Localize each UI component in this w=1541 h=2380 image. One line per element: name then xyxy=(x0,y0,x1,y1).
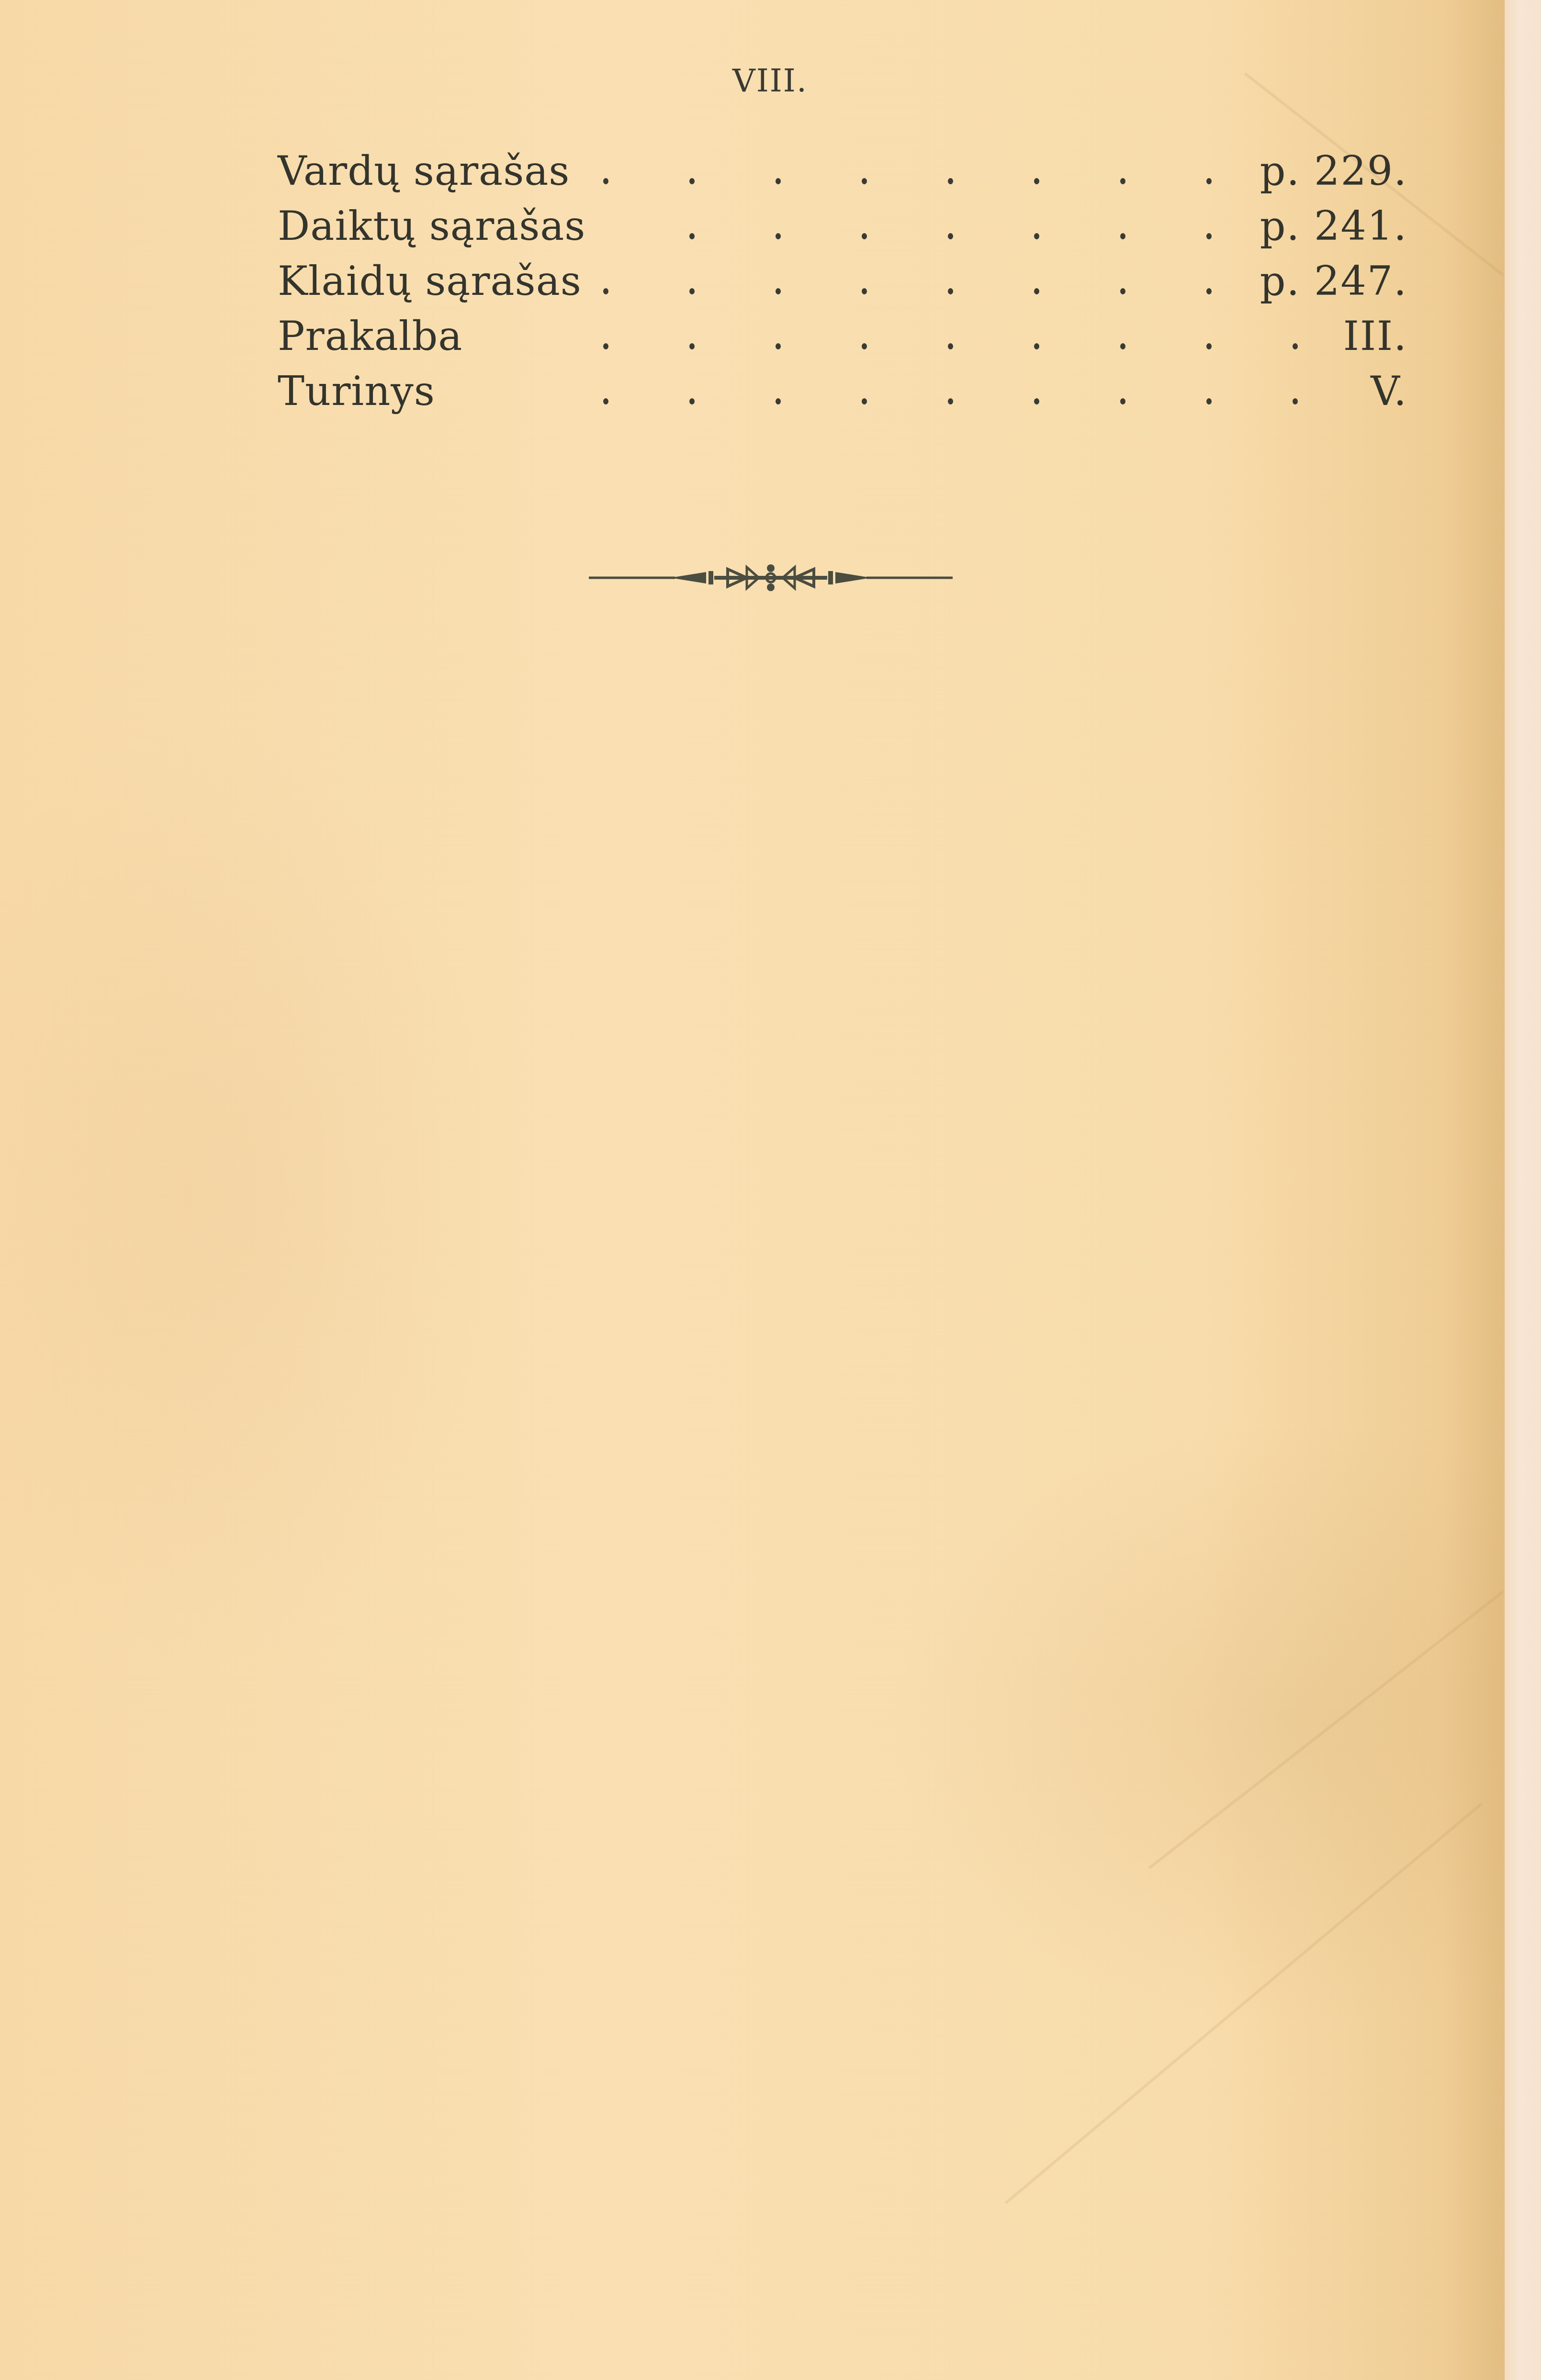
leader-dot xyxy=(776,343,781,349)
leader-dot xyxy=(1120,343,1125,349)
leader-dot xyxy=(1034,343,1039,349)
leader-dot xyxy=(1206,288,1212,294)
toc-entry-page: p. 247. xyxy=(1260,254,1407,309)
toc-entry: Klaidų sąrašas p. 247. xyxy=(278,254,1407,309)
leader-dot xyxy=(1120,233,1125,239)
decorative-fleuron-rule-icon xyxy=(589,562,953,591)
leader-dot xyxy=(1120,288,1125,294)
page-edge xyxy=(1503,0,1541,2380)
leader-dot xyxy=(1120,178,1125,184)
leader-dot xyxy=(948,233,953,239)
toc-entry: Vardų sąrašas p. 229. xyxy=(278,144,1407,199)
toc-entry-page: p. 229. xyxy=(1260,144,1407,199)
leader-dot xyxy=(1206,178,1212,184)
dot-leader xyxy=(589,144,1241,199)
leader-dot xyxy=(776,178,781,184)
leader-dot xyxy=(776,398,781,404)
leader-dot xyxy=(1034,288,1039,294)
leader-dot xyxy=(862,343,867,349)
leader-dot xyxy=(862,233,867,239)
table-of-contents: Vardų sąrašas p. 229. Daiktų sąrašas p. … xyxy=(278,144,1407,419)
leader-dot xyxy=(689,343,695,349)
toc-entry-title: Vardų sąrašas xyxy=(278,144,570,199)
paper-crease xyxy=(1148,1543,1541,1869)
dot-leader xyxy=(605,199,1241,254)
leader-dot xyxy=(603,343,608,349)
toc-entry-title: Daiktų sąrašas xyxy=(278,199,585,254)
leader-dot xyxy=(862,398,867,404)
dot-leader xyxy=(482,309,1324,364)
book-page: VIII. Vardų sąrašas p. 229. Daiktų sąraš… xyxy=(0,0,1503,2380)
leader-dot xyxy=(1293,398,1298,404)
leader-dot xyxy=(689,233,695,239)
toc-entry-title: Klaidų sąrašas xyxy=(278,254,582,309)
leader-dot xyxy=(948,398,953,404)
toc-entry: Daiktų sąrašas p. 241. xyxy=(278,199,1407,254)
toc-entry-title: Prakalba xyxy=(278,309,462,364)
page-number: VIII. xyxy=(732,62,808,99)
leader-dot xyxy=(1206,398,1212,404)
leader-dot xyxy=(603,398,608,404)
toc-entry-page: III. xyxy=(1343,309,1407,364)
leader-dot xyxy=(948,343,953,349)
leader-dot xyxy=(603,178,608,184)
leader-dot xyxy=(776,288,781,294)
toc-entry-title: Turinys xyxy=(278,364,435,419)
leader-dot xyxy=(689,288,695,294)
leader-dot xyxy=(948,288,953,294)
leader-dot xyxy=(776,233,781,239)
leader-dot xyxy=(948,178,953,184)
leader-dot xyxy=(1034,398,1039,404)
toc-entry: Turinys V. xyxy=(278,364,1407,419)
leader-dot xyxy=(603,288,608,294)
leader-dot xyxy=(862,178,867,184)
toc-entry-page: V. xyxy=(1371,364,1407,419)
dot-leader xyxy=(454,364,1351,419)
leader-dot xyxy=(689,398,695,404)
leader-dot xyxy=(1293,343,1298,349)
leader-dot xyxy=(689,178,695,184)
leader-dot xyxy=(1034,233,1039,239)
leader-dot xyxy=(1206,343,1212,349)
toc-entry: Prakalba III. xyxy=(278,309,1407,364)
leader-dot xyxy=(1034,178,1039,184)
leader-dot xyxy=(862,288,867,294)
leader-dot xyxy=(1120,398,1125,404)
dot-leader xyxy=(601,254,1241,309)
leader-dot xyxy=(1206,233,1212,239)
toc-entry-page: p. 241. xyxy=(1260,199,1407,254)
paper-crease xyxy=(1004,1802,1483,2204)
